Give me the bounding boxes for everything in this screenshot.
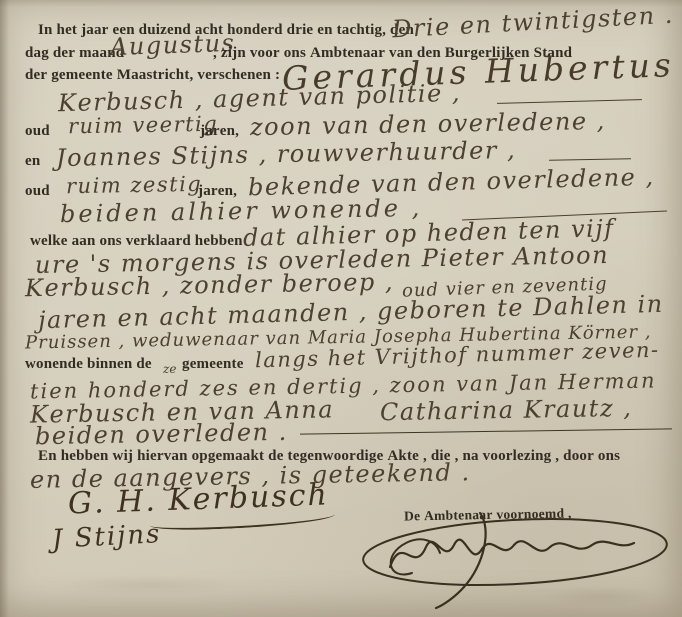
printed-text-age-label2: oud [25, 183, 50, 200]
handwritten-declarant1-age: ruim veertig [68, 112, 219, 139]
handwritten-parents-deceased: beiden overleden . [35, 418, 288, 450]
handwritten-declarant2-name-occupation: Joannes Stijns , rouwverhuurder , [56, 136, 517, 172]
handwritten-deceased-surname-occupation: Kerbusch , zonder beroep , [25, 268, 394, 302]
printed-text-and: en [25, 153, 40, 170]
handwritten-mother-name: Catharina Krautz , [380, 394, 633, 426]
handwritten-insert-ze: ze [163, 362, 176, 376]
handwritten-declarant2-age: ruim zestig [66, 172, 203, 198]
paper-stain [540, 585, 660, 607]
printed-text-residing1: wonende binnen de [25, 356, 152, 373]
printed-text-years-label1: jaren, [200, 123, 239, 140]
signature-declarant2: J Stijns [51, 519, 162, 555]
printed-text-age-label1: oud [25, 123, 50, 140]
printed-text-municipality: der gemeente Maastricht, verschenen : [25, 67, 280, 84]
handwritten-day: Drie en twintigsten . [391, 1, 674, 44]
paper-stain [60, 575, 240, 595]
filler-dash-line [549, 158, 631, 160]
handwritten-declarant1-relation: zoon van den overledene , [250, 107, 606, 141]
death-record-document: In het jaar een duizend acht honderd dri… [0, 0, 682, 617]
filler-dash-line [497, 99, 642, 104]
filler-dash-line [300, 428, 672, 434]
printed-text-residing2: gemeente [182, 356, 244, 373]
